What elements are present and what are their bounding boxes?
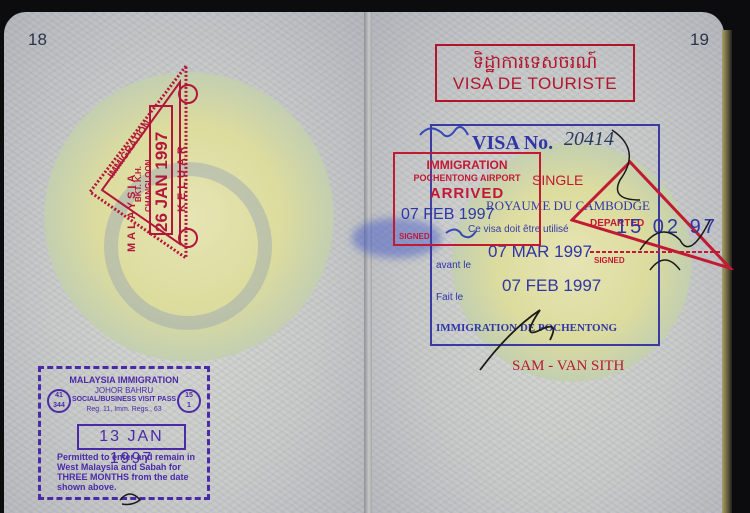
departure-triangle-outline <box>570 160 735 270</box>
page-number-right: 19 <box>690 30 709 50</box>
stamp-date: 26 JAN 1997 <box>152 132 172 232</box>
visa-header-khmer: ទិដ្ឋាការទេសចរណ៍ <box>437 50 633 77</box>
stamp-title: MALAYSIA IMMIGRATION <box>41 375 207 385</box>
cambodia-arrival-stamp: IMMIGRATION POCHENTONG AIRPORT ARRIVED 0… <box>393 152 541 246</box>
visa-office: IMMIGRATION DE POCHENTONG <box>436 322 617 334</box>
arrival-date: 07 FEB 1997 <box>401 206 494 224</box>
visa-number: 20414 <box>564 128 614 151</box>
stamp-right-circle: 15 1 <box>177 389 201 413</box>
departure-date: 15 02 97 <box>616 216 718 239</box>
cambodia-departure-stamp: DEPARTED 15 02 97 SIGNED <box>570 160 735 270</box>
visa-issued-label: Fait le <box>436 292 463 303</box>
stamp-date: 13 JAN 1997 <box>77 424 186 450</box>
arrival-title: IMMIGRATION <box>395 158 539 172</box>
visa-issued-date: 07 FEB 1997 <box>502 276 601 296</box>
stamp-direction: KELUAR <box>176 142 188 212</box>
visa-header-french: VISA DE TOURISTE <box>437 74 633 94</box>
visa-officer-name: SAM - VAN SITH <box>512 358 624 375</box>
arrival-place: POCHENTONG AIRPORT <box>395 173 539 183</box>
stamp-body: Permitted to enter and remain in West Ma… <box>57 452 207 492</box>
stamp-left-circle: 41 344 <box>47 389 71 413</box>
cambodia-visa-header-stamp: ទិដ្ឋាការទេសចរណ៍ VISA DE TOURISTE <box>435 44 635 102</box>
page-edge <box>722 30 732 513</box>
arrival-signed-label: SIGNED <box>399 232 430 241</box>
page-number-left: 18 <box>28 30 47 50</box>
arrival-status: ARRIVED <box>395 185 539 202</box>
malaysia-exit-stamp: IMMIGRATION MALAYSIA BKT. K.H. CHANGLOON… <box>88 62 238 262</box>
malaysia-entry-stamp: MALAYSIA IMMIGRATION JOHOR BAHRU SOCIAL/… <box>38 366 210 500</box>
departure-signed-label: SIGNED <box>594 256 625 265</box>
visa-before-label: avant le <box>436 260 471 271</box>
passport-photo: 18 19 IMMIGRATION MALAYSIA BKT. K.H. CHA… <box>0 0 750 513</box>
stamp-post: BKT. K.H. <box>134 166 143 202</box>
